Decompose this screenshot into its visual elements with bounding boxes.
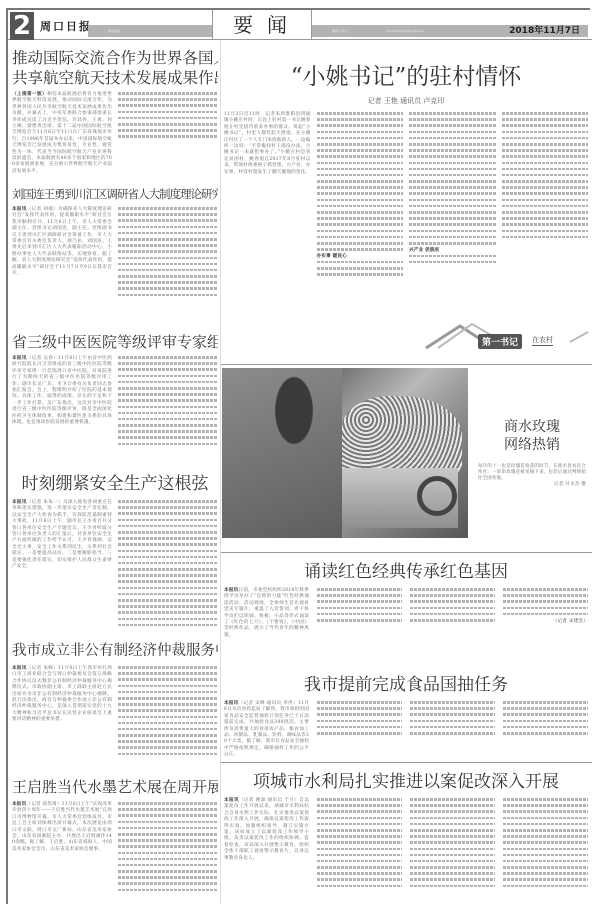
paper-name: 周口日报 (40, 18, 92, 34)
article-body: 本报讯（记者 朱峰）11月6日上午我市举行周口市工商业联合会与周口仲裁委员会签订… (12, 666, 112, 759)
masthead: 2 周口日报 新闻热线 要闻 编辑 许东升 E-mail zkrbyw@126.… (8, 10, 592, 40)
article-red-classics[interactable]: 诵读红色经典传承红色基因 本报讯日前，市委党校组织2018年秋季班学员举办了“信… (224, 560, 588, 639)
article-arbitration-center[interactable]: 我市成立非公有制经济仲裁服务中心 本报讯（记者 朱峰）11月6日上午我市举行周口… (12, 640, 218, 759)
article-tcm-hospital[interactable]: 省三级中医医院等级评审专家组莅周 本报讯（记者 吴春）11月6日上午由省中医药研… (12, 332, 218, 449)
column-logo: 第一书记 在农村 (420, 320, 592, 356)
masthead-right-bar: 编辑 许东升 E-mail zkrbyw@126.com 2018年11月7日 (312, 25, 588, 37)
article-body: 本报讯（记者 吴春）11月6日上午由省中医药研究院院长冯卫等组成的省三级中医医院… (12, 356, 112, 449)
article-body: 本报讯（记者 郑伟琦）11月6日上午“庆祝改革开放四十周年——王启胜当代水墨艺术… (12, 802, 112, 895)
feature-byline: 记者 王艳 通讯员 卢克印 (220, 96, 592, 106)
column-logo-title: 第一书记 (478, 334, 522, 349)
photo-credit: 记者 付永杰 摄 (478, 482, 586, 488)
article-title: 我市成立非公有制经济仲裁服务中心 (12, 640, 218, 662)
photo-title-line1: 商水玫瑰 (478, 418, 586, 436)
left-bar-text: 新闻热线 (108, 29, 120, 33)
article-title: 项城市水利局扎实推进以案促改深入开展 (224, 770, 588, 794)
article-body: （上接第一版）相信本届航展必将有力推进世界航空航天科技发展，推动国际交流合作，为… (12, 92, 112, 175)
photo-caption: 每年的十一也是玫瑰花收获的时节。在商水县农民合作社，一串串玫瑰花被采摘下来，包装… (478, 464, 586, 482)
article-title: 省三级中医医院等级评审专家组莅周 (12, 332, 218, 352)
page-number: 2 (10, 12, 34, 40)
cart-wheel (417, 476, 457, 516)
article-title: 诵读红色经典传承红色基因 (224, 560, 588, 584)
article-people-congress[interactable]: 刘国连王勇到川汇区调研省人大制度理论研究会研讨会筹备工作 本报讯（记者 刘燕）为… (12, 185, 218, 300)
article-body: 本报讯（记者 朱朱一）为深入推进各项重点任务和落实措施，进一步落实安全生产责任制… (12, 500, 112, 630)
section-title: 要闻 (212, 10, 312, 40)
article-aviation[interactable]: 推动国际交流合作为世界各国人民 共享航空航天技术发展成果作出贡献 （上接第一版）… (12, 48, 218, 175)
masthead-left-bar: 新闻热线 (88, 25, 212, 37)
newspaper-page: 2 周口日报 新闻热线 要闻 编辑 许东升 E-mail zkrbyw@126.… (6, 8, 590, 904)
feature-article[interactable]: “小姚书记”的驻村情怀 记者 王艳 通讯员 卢克印 11月2日近11时，记者来到… (220, 40, 592, 330)
article-body: 本报讯日前，市委党校组织2018年秋季班学员举办了“信仰的力量”红色经典诵读活动… (224, 588, 309, 639)
article-title: 刘国连王勇到川汇区调研省人大制度理论研究会研讨会筹备工作 (12, 185, 218, 203)
left-column: 推动国际交流合作为世界各国人民 共享航空航天技术发展成果作出贡献 （上接第一版）… (8, 40, 220, 904)
article-xiangcheng-water[interactable]: 项城市水利局扎实推进以案促改深入开展 本报讯（记者 姚森 通讯员 于月）自以案促… (224, 770, 588, 891)
article-title: 推动国际交流合作为世界各国人民 (12, 48, 218, 68)
article-food-sampling[interactable]: 我市提前完成食品国抽任务 本报讯（记者 宋峰 通讯员 李冉）11月6日从市食药监… (224, 673, 588, 759)
article-body: 本报讯（记者 姚森 通讯员 于月）自以案促改工作开展以来，项城市水利局结合自身水… (224, 798, 309, 891)
article-body: 本报讯（记者 宋峰 通讯员 李冉）11月6日从市食药监局了解到，我市承担的国家食… (224, 701, 309, 759)
feature-body: 11月2日近11时，记者来到淮阳县四通镇小姚庄村时，正赶上驻村第一书记姚春旭在村… (224, 112, 311, 279)
column-logo-suffix: 在农村 (532, 335, 553, 346)
feature-title: “小姚书记”的驻村情怀 (220, 62, 592, 92)
photo-feature-text: 商水玫瑰 网络热销 每年的十一也是玫瑰花收获的时节。在商水县农民合作社，一串串玫… (478, 418, 586, 488)
issue-date: 2018年11月7日 (509, 25, 580, 37)
article-body-col2 (118, 92, 218, 175)
article-body: 本报讯（记者 刘燕）为确保省人大制度理论研究会“发挥代表作用，提高履职水平”研讨… (12, 207, 112, 300)
article-title: 时刻绷紧安全生产这根弦 (12, 472, 218, 496)
article-work-safety[interactable]: 时刻绷紧安全生产这根弦 本报讯（记者 朱朱一）为深入推进各项重点任务和落实措施，… (12, 472, 218, 630)
article-title: 我市提前完成食品国抽任务 (224, 673, 588, 697)
editor-text: 编辑 许东升 (332, 25, 348, 37)
article-title-line2: 共享航空航天技术发展成果作出贡献 (12, 68, 218, 88)
email-text: E-mail zkrbyw@126.com (387, 25, 424, 37)
article-lead: （上接第一版） (12, 92, 47, 97)
photo-title-line2: 网络热销 (478, 436, 586, 454)
rose-photo[interactable] (222, 368, 468, 538)
article-title: 王启胜当代水墨艺术展在周开展 (12, 776, 218, 798)
right-area: “小姚书记”的驻村情怀 记者 王艳 通讯员 卢克印 11月2日近11时，记者来到… (220, 40, 592, 904)
article-ink-art-exhibition[interactable]: 王启胜当代水墨艺术展在周开展 本报讯（记者 郑伟琦）11月6日上午“庆祝改革开放… (12, 776, 218, 895)
